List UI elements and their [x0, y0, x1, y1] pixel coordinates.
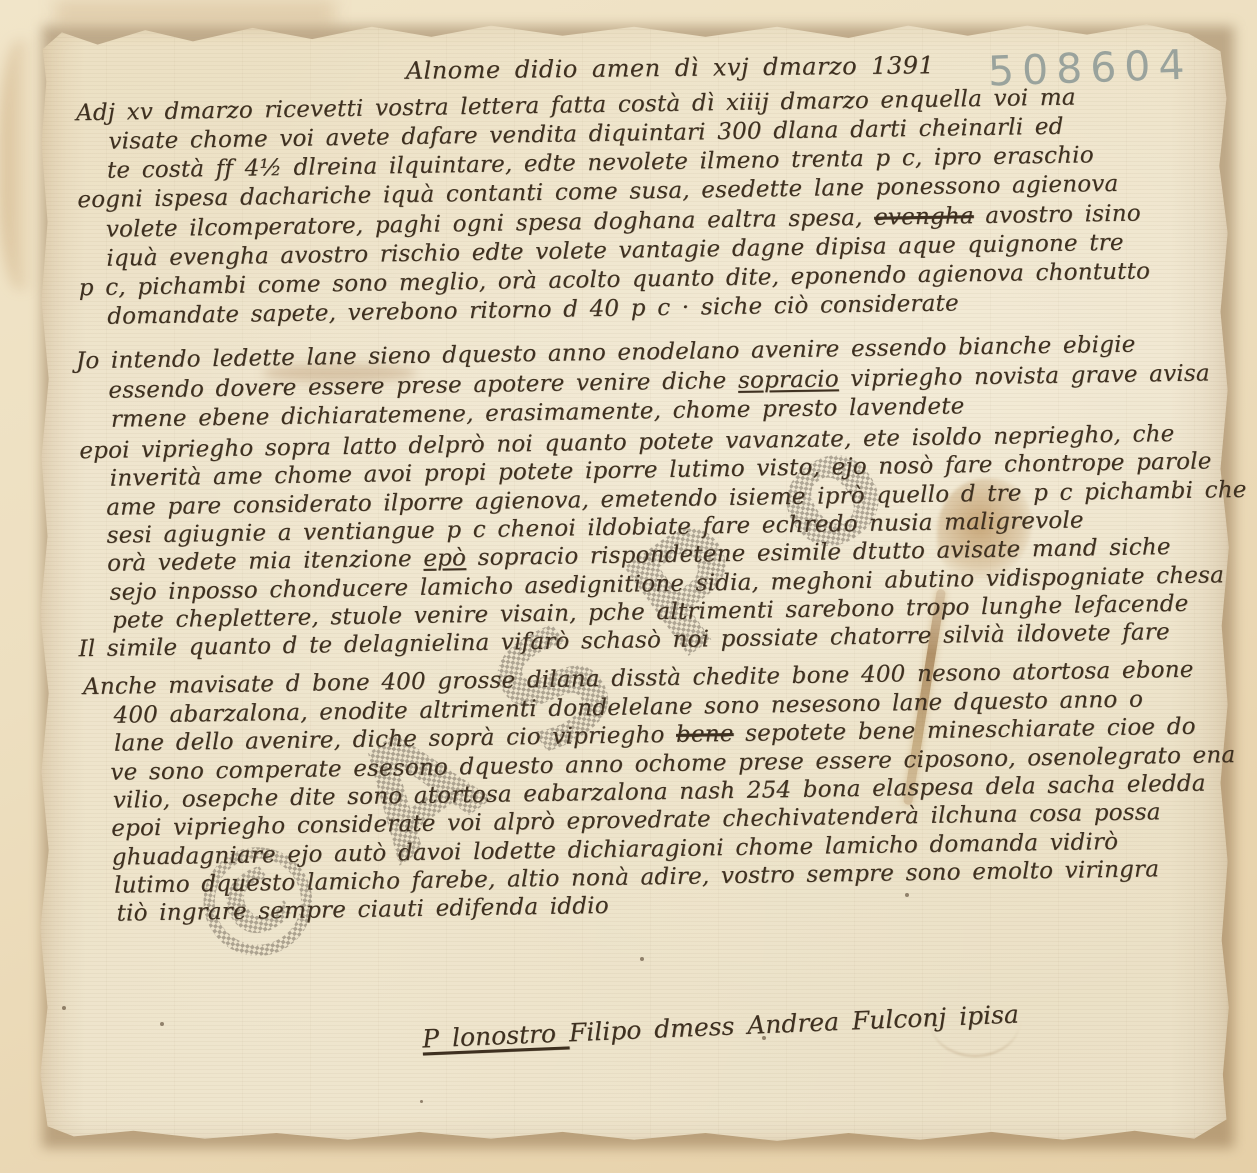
struck-word: evengha	[874, 203, 974, 231]
manuscript-line: tiò ingrare sempre ciauti edifenda iddio	[116, 895, 609, 926]
underlined-word: sopracio	[738, 366, 839, 394]
signature-flourish: P lonostro	[422, 1018, 570, 1053]
underlined-word: epò	[423, 545, 466, 572]
scanned-letter-page: ©ASPo 508604 Alnome didio amen dì xvj dm…	[0, 0, 1257, 1173]
letter-body: Adj xv dmarzo ricevetti vostra lettera f…	[0, 0, 1257, 1173]
struck-word: bene	[676, 721, 734, 748]
